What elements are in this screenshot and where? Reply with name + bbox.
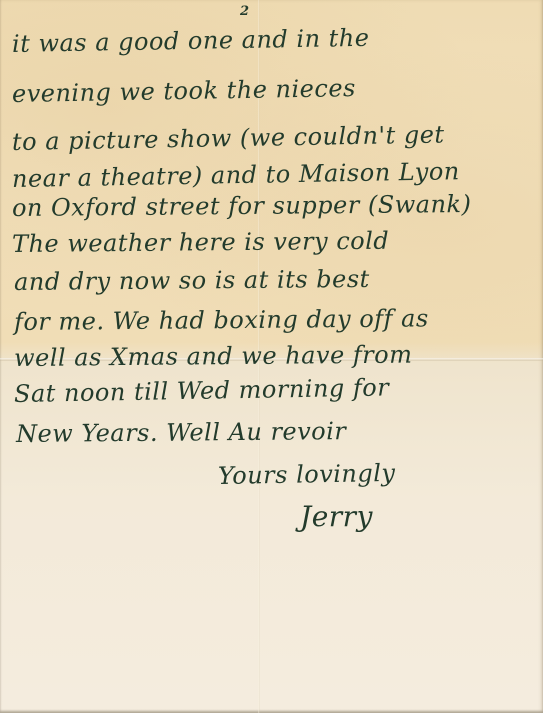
letter-line-8: for me. We had boxing day off as: [14, 304, 429, 336]
letter-page: 2 it was a good one and in the evening w…: [0, 0, 543, 713]
page-number: 2: [240, 4, 250, 19]
letter-line-10: Sat noon till Wed morning for: [14, 373, 390, 408]
letter-closing: Yours lovingly: [218, 459, 396, 490]
letter-line-9: well as Xmas and we have from: [14, 341, 413, 372]
letter-line-11: New Years. Well Au revoir: [16, 417, 347, 448]
letter-line-7: and dry now so is at its best: [14, 265, 370, 296]
letter-line-2: evening we took the nieces: [12, 74, 356, 108]
letter-line-5: on Oxford street for supper (Swank): [12, 190, 472, 222]
letter-signature: Jerry: [300, 500, 373, 533]
letter-line-6: The weather here is very cold: [12, 227, 389, 258]
